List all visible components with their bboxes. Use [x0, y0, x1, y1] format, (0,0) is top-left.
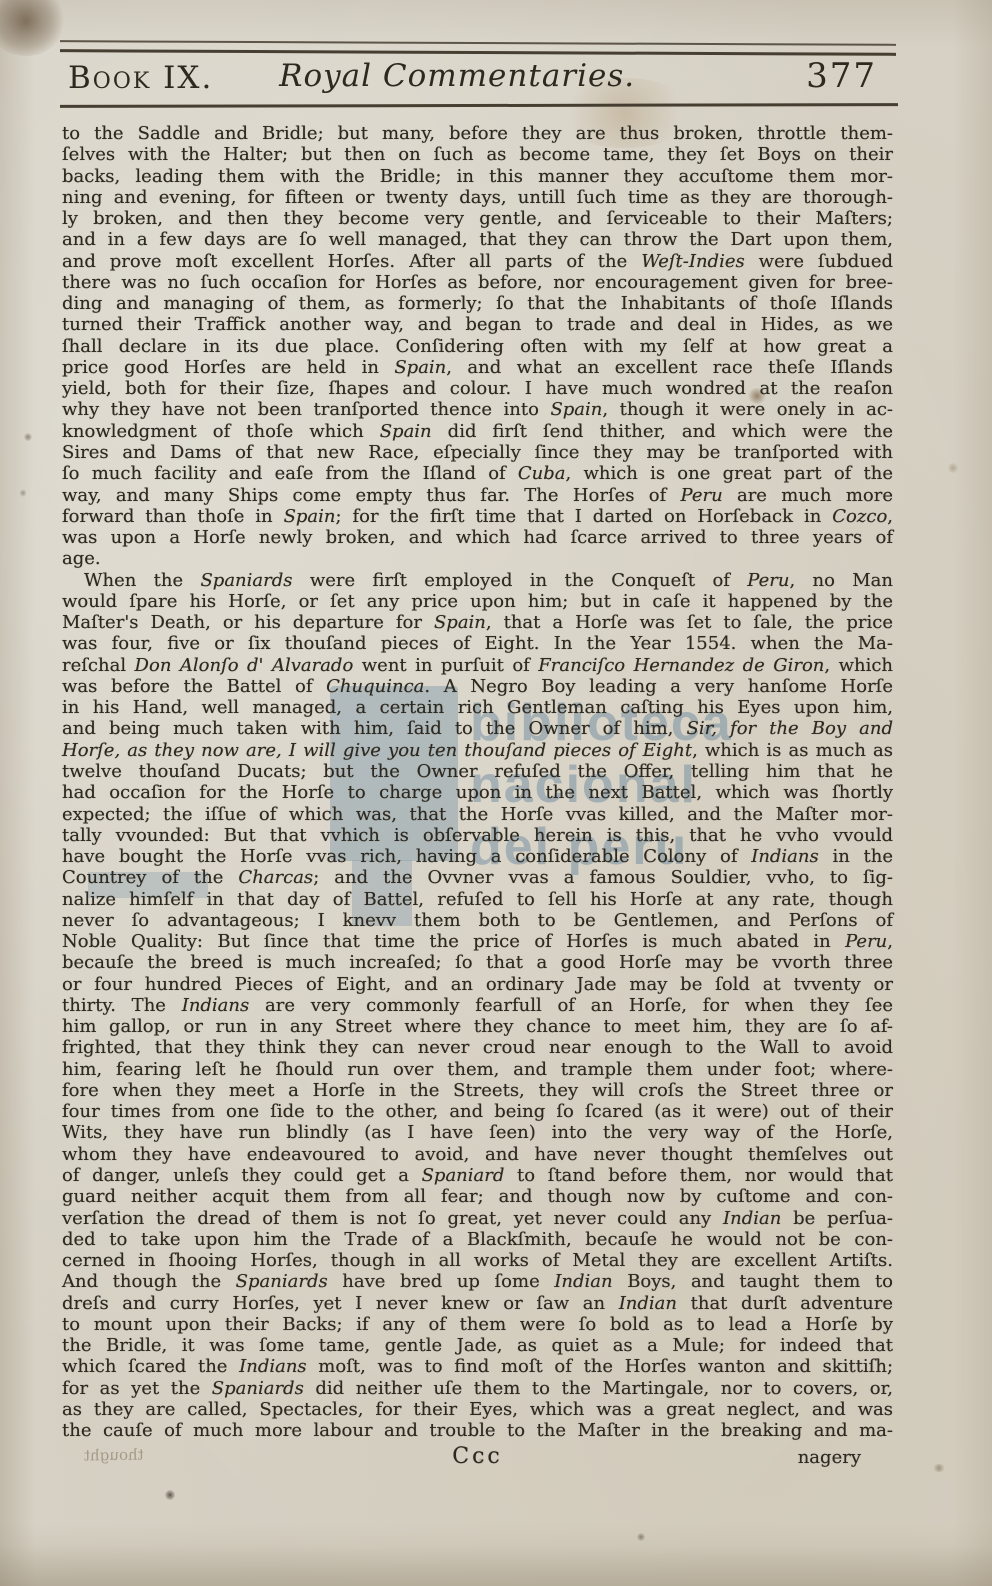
text-line: reſchal Don Alonſo d' Alvarado went in p…	[62, 655, 893, 676]
margin-speck	[24, 433, 32, 441]
text-line: was upon a Horſe newly broken, and which…	[62, 527, 893, 548]
ink-speck	[165, 1490, 175, 1500]
text-line: ding and managing of them, as formerly; …	[62, 293, 893, 314]
text-line: which ſcared the Indians moſt, was to fi…	[62, 1356, 893, 1377]
text-line: twelve thouſand Ducats; but the Owner re…	[62, 761, 893, 782]
text-line: ly broken, and then they become very gen…	[62, 208, 893, 229]
running-header: Book IX. Royal Commentaries. 377	[62, 56, 895, 102]
text-line: When the Spaniards were firſt employed i…	[62, 570, 893, 591]
text-line: expected; the iſſue of which was, that t…	[62, 804, 893, 825]
text-line: of danger, unleſs they could get a Spani…	[62, 1165, 893, 1186]
text-line: to the Saddle and Bridle; but many, befo…	[62, 123, 893, 144]
ink-speck	[933, 1464, 945, 1472]
text-line: backs, leading them with the Bridle; in …	[62, 166, 893, 187]
text-line: would ſpare his Horſe, or ſet any price …	[62, 591, 893, 612]
text-line: or four hundred Pieces of Eight, and an …	[62, 974, 893, 995]
text-line: verſation the dread of them is not ſo gr…	[62, 1208, 893, 1229]
text-line: thirty. The Indians are very commonly fe…	[62, 995, 893, 1016]
text-line: was four, five or ſix thouſand pieces of…	[62, 633, 893, 654]
text-line: Wits, they have run blindly (as I have ſ…	[62, 1122, 893, 1143]
text-line: And though the Spaniards have bred up ſo…	[62, 1271, 893, 1292]
text-line: Countrey of the Charcas; and the Ovvner …	[62, 867, 893, 888]
text-line: have bought the Horſe vvas rich, having …	[62, 846, 893, 867]
text-line: ſo much facility and eaſe from the Iſlan…	[62, 463, 893, 484]
page-number: 377	[806, 56, 877, 96]
text-line: never ſo advantageous; I knevv them both…	[62, 910, 893, 931]
book-number: Book IX.	[68, 60, 213, 96]
text-line: guard neither acquit them from all fear;…	[62, 1186, 893, 1207]
text-line: Sires and Dams of that new Race, eſpecia…	[62, 442, 893, 463]
header-rule	[60, 103, 898, 107]
text-line: and in a few days are ſo well managed, t…	[62, 229, 893, 250]
text-line: ning and evening, for fifteen or twenty …	[62, 187, 893, 208]
text-line: nalize himſelf in that day of Battel, re…	[62, 889, 893, 910]
text-line: and prove moſt excellent Horſes. After a…	[62, 251, 893, 272]
text-line: had occaſion for the Horſe to charge upo…	[62, 782, 893, 803]
text-line: as they are called, Spectacles, for thei…	[62, 1399, 893, 1420]
text-line: forward than thoſe in Spain; for the fir…	[62, 506, 893, 527]
text-line: him, fearing leſt he ſhould run over the…	[62, 1059, 893, 1080]
margin-speck	[948, 463, 958, 473]
text-line: in his Hand, well managed, a certain ric…	[62, 697, 893, 718]
text-line: was before the Battel of Chuquinca. A Ne…	[62, 676, 893, 697]
text-line: ſelves with the Halter; but then on ſuch…	[62, 144, 893, 165]
catchword: nagery	[798, 1447, 861, 1468]
text-line: Horſe, as they now are, I will give you …	[62, 740, 893, 761]
text-line: ded to take upon him the Trade of a Blac…	[62, 1229, 893, 1250]
text-line: the cauſe of much more labour and troubl…	[62, 1420, 893, 1441]
text-line: Noble Quality: But ſince that time the p…	[62, 931, 893, 952]
text-line: for as yet the Spaniards did neither uſe…	[62, 1378, 893, 1399]
text-line: cerned in ſhooing Horſes, though in all …	[62, 1250, 893, 1271]
text-line: ſhall declare in its due place. Conſider…	[62, 336, 893, 357]
text-line: the Bridle, it was ſome tame, gentle Jad…	[62, 1335, 893, 1356]
text-line: turned their Traffick another way, and b…	[62, 314, 893, 335]
running-title: Royal Commentaries.	[279, 58, 635, 94]
page-footer: thought Ccc nagery	[62, 1444, 893, 1474]
body-text: to the Saddle and Bridle; but many, befo…	[62, 123, 893, 1441]
text-line: price good Horſes are held in Spain, and…	[62, 357, 893, 378]
text-line: and being much taken with him, ſaid to t…	[62, 718, 893, 739]
top-rule-thin	[60, 40, 896, 46]
text-line: dreſs and curry Horſes, yet I never knew…	[62, 1293, 893, 1314]
top-rule-thick	[60, 49, 896, 56]
text-line: age.	[62, 548, 893, 569]
text-line: whom they have endeavoured to avoid, and…	[62, 1144, 893, 1165]
text-line: tally vvounded: But that vvhich is obſer…	[62, 825, 893, 846]
text-line: knowledgment of thoſe which Spain did fi…	[62, 421, 893, 442]
text-line: fore when they meet a Horſe in the Stree…	[62, 1080, 893, 1101]
ink-speck	[637, 1533, 645, 1541]
text-line: yield, both for their ſize, ſhapes and c…	[62, 378, 893, 399]
corner-stain	[0, 0, 66, 56]
text-line: there was no ſuch occaſion for Horſes as…	[62, 272, 893, 293]
text-line: Maſter's Death, or his departure for Spa…	[62, 612, 893, 633]
text-line: frighted, that they think they can never…	[62, 1037, 893, 1058]
ink-show-through: thought	[84, 1445, 144, 1464]
text-line: becauſe the breed is much increaſed; ſo …	[62, 952, 893, 973]
margin-speck	[20, 489, 26, 497]
bottom-edge-shadow	[0, 1546, 992, 1586]
text-line: to mount upon their Backs; if any of the…	[62, 1314, 893, 1335]
text-line: way, and many Ships come empty thus far.…	[62, 485, 893, 506]
text-line: why they have not been tranſported thenc…	[62, 399, 893, 420]
text-line: four times from one ſide to the other, a…	[62, 1101, 893, 1122]
signature-mark: Ccc	[452, 1444, 502, 1469]
text-line: him gallop, or run in any Street where t…	[62, 1016, 893, 1037]
book-page: bibliotecanacionaldel peru Book IX. Roya…	[0, 0, 992, 1586]
